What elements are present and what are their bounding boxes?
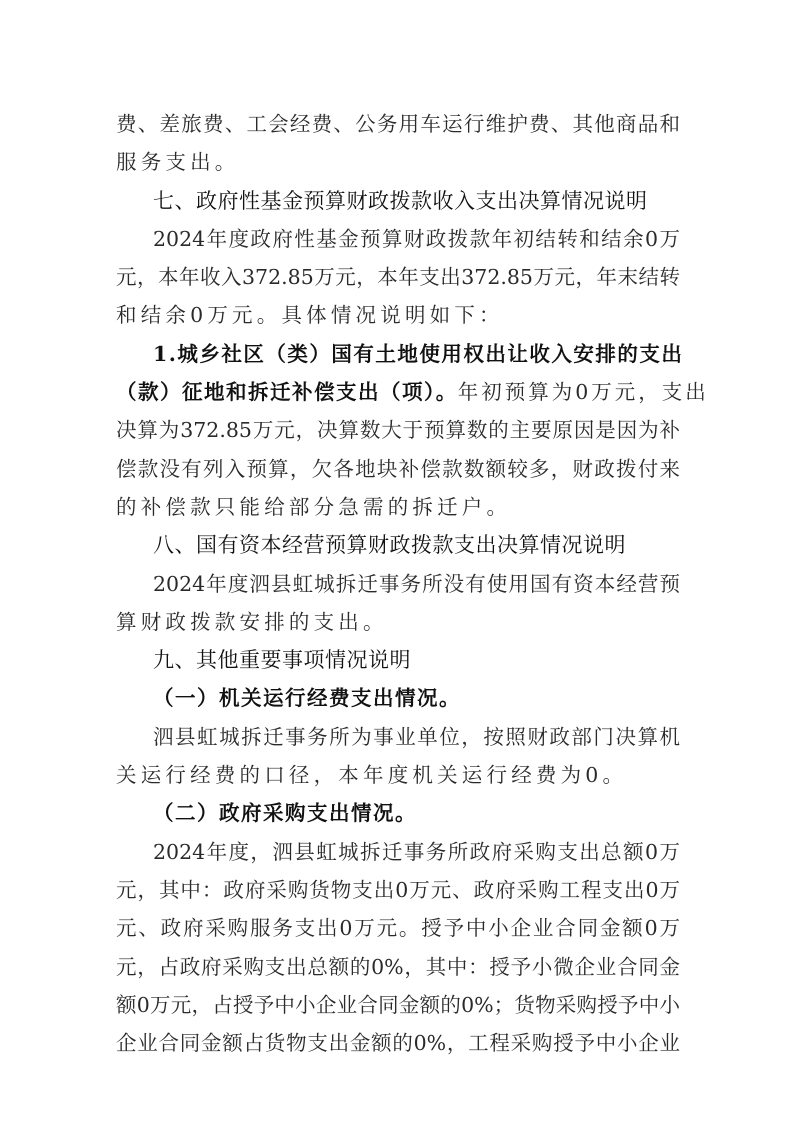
- paragraph-line: 2024年度，泗县虹城拆迁事务所政府采购支出总额0万: [116, 833, 680, 871]
- document-page: 费、差旅费、工会经费、公务用车运行维护费、其他商品和 服务支出。 七、政府性基金…: [116, 105, 680, 1062]
- paragraph-line: 泗县虹城拆迁事务所为事业单位，按照财政部门决算机: [116, 718, 680, 756]
- item-title-line: 1.城乡社区（类）国有土地使用权出让收入安排的支出: [116, 335, 680, 373]
- paragraph-line: 关运行经费的口径，本年度机关运行经费为0。: [116, 756, 680, 794]
- section-heading-7: 七、政府性基金预算财政拨款收入支出决算情况说明: [116, 182, 680, 220]
- paragraph-line: 2024年度泗县虹城拆迁事务所没有使用国有资本经营预: [116, 565, 680, 603]
- paragraph-line: 元，本年收入372.85万元，本年支出372.85万元，年末结转: [116, 258, 680, 296]
- paragraph-line: 偿款没有列入预算，欠各地块补偿款数额较多，财政拨付来: [116, 450, 680, 488]
- paragraph-line: 2024年度政府性基金预算财政拨款年初结转和结余0万: [116, 220, 680, 258]
- section-heading-9: 九、其他重要事项情况说明: [116, 641, 680, 679]
- paragraph-line: 额0万元，占授予中小企业合同金额的0%；货物采购授予中小: [116, 986, 680, 1024]
- paragraph-line: 元，占政府采购支出总额的0%，其中：授予小微企业合同金: [116, 948, 680, 986]
- paragraph-line: 和结余0万元。具体情况说明如下：: [116, 296, 680, 334]
- paragraph-line: 费、差旅费、工会经费、公务用车运行维护费、其他商品和: [116, 105, 680, 143]
- item-title-bold: （款）征地和拆迁补偿支出（项）。: [116, 380, 458, 404]
- subsection-heading-2: （二）政府采购支出情况。: [116, 794, 680, 832]
- subsection-heading-1: （一）机关运行经费支出情况。: [116, 679, 680, 717]
- section-heading-8: 八、国有资本经营预算财政拨款支出决算情况说明: [116, 526, 680, 564]
- paragraph-line: 决算为372.85万元，决算数大于预算数的主要原因是因为补: [116, 411, 680, 449]
- paragraph-line: 企业合同金额占货物支出金额的0%，工程采购授予中小企业: [116, 1024, 680, 1062]
- item-detail-text: 年初预算为0万元，支出: [458, 380, 709, 404]
- paragraph-line: 的补偿款只能给部分急需的拆迁户。: [116, 488, 680, 526]
- paragraph-line: 服务支出。: [116, 143, 680, 181]
- item-title-line: （款）征地和拆迁补偿支出（项）。年初预算为0万元，支出: [116, 373, 680, 411]
- paragraph-line: 算财政拨款安排的支出。: [116, 603, 680, 641]
- paragraph-line: 元、政府采购服务支出0万元。授予中小企业合同金额0万: [116, 909, 680, 947]
- paragraph-line: 元，其中：政府采购货物支出0万元、政府采购工程支出0万: [116, 871, 680, 909]
